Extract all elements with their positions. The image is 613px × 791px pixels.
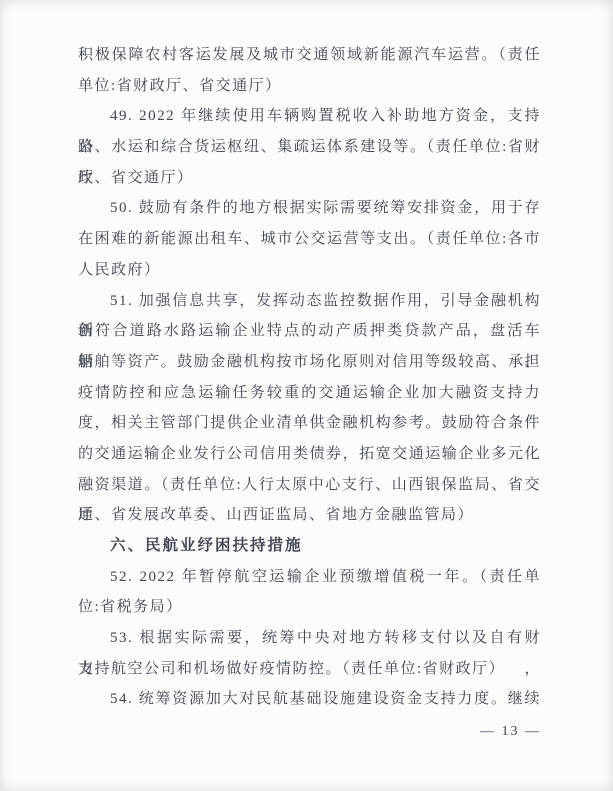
text-line: 位:省税务局） — [78, 592, 541, 623]
document-body: 积极保障农村客运发展及城市交通领域新能源汽车运营。（责任单位:省财政厅、省交通厅… — [78, 40, 541, 715]
text-line: 融资渠道。（责任单位:人行太原中心支行、山西银保监局、省交通 — [78, 470, 541, 501]
text-line: 路、水运和综合货运枢纽、集疏运体系建设等。（责任单位:省财政 — [78, 132, 541, 163]
text-line: 在困难的新能源出租车、城市公交运营等支出。（责任单位:各市 — [78, 224, 541, 255]
text-line: 单位:省财政厅、省交通厅） — [78, 71, 541, 102]
text-line: 49. 2022 年继续使用车辆购置税收入补助地方资金，支持公 — [78, 101, 541, 132]
text-line: 度，相关主管部门提供企业清单供金融机构参考。鼓励符合条件 — [78, 408, 541, 439]
document-page: 积极保障农村客运发展及城市交通领域新能源汽车运营。（责任单位:省财政厅、省交通厅… — [0, 0, 613, 791]
text-line: 船舶等资产。鼓励金融机构按市场化原则对信用等级较高、承担 — [78, 347, 541, 378]
text-line: 51. 加强信息共享，发挥动态监控数据作用，引导金融机构创 — [78, 286, 541, 317]
text-line: 的交通运输企业发行公司信用类债券，拓宽交通运输企业多元化 — [78, 439, 541, 470]
text-line: 新符合道路水路运输企业特点的动产质押类贷款产品，盘活车辆、 — [78, 316, 541, 347]
text-line: 50. 鼓励有条件的地方根据实际需要统筹安排资金，用于存 — [78, 193, 541, 224]
page-number: — 13 — — [78, 718, 541, 746]
text-line: 52. 2022 年暂停航空运输企业预缴增值税一年。（责任单 — [78, 562, 541, 593]
text-line: 53. 根据实际需要，统筹中央对地方转移支付以及自有财力， — [78, 623, 541, 654]
text-line: 54. 统筹资源加大对民航基础设施建设资金支持力度。继续 — [78, 684, 541, 715]
text-line: 人民政府） — [78, 255, 541, 286]
text-line: 厅、省发展改革委、山西证监局、省地方金融监管局） — [78, 500, 541, 531]
text-line: 支持航空公司和机场做好疫情防控。（责任单位:省财政厅） — [78, 654, 541, 685]
text-line: 积极保障农村客运发展及城市交通领域新能源汽车运营。（责任 — [78, 40, 541, 71]
text-line: 疫情防控和应急运输任务较重的交通运输企业加大融资支持力 — [78, 378, 541, 409]
text-line: 厅、省交通厅） — [78, 163, 541, 194]
section-heading: 六、民航业纾困扶持措施 — [78, 531, 541, 562]
